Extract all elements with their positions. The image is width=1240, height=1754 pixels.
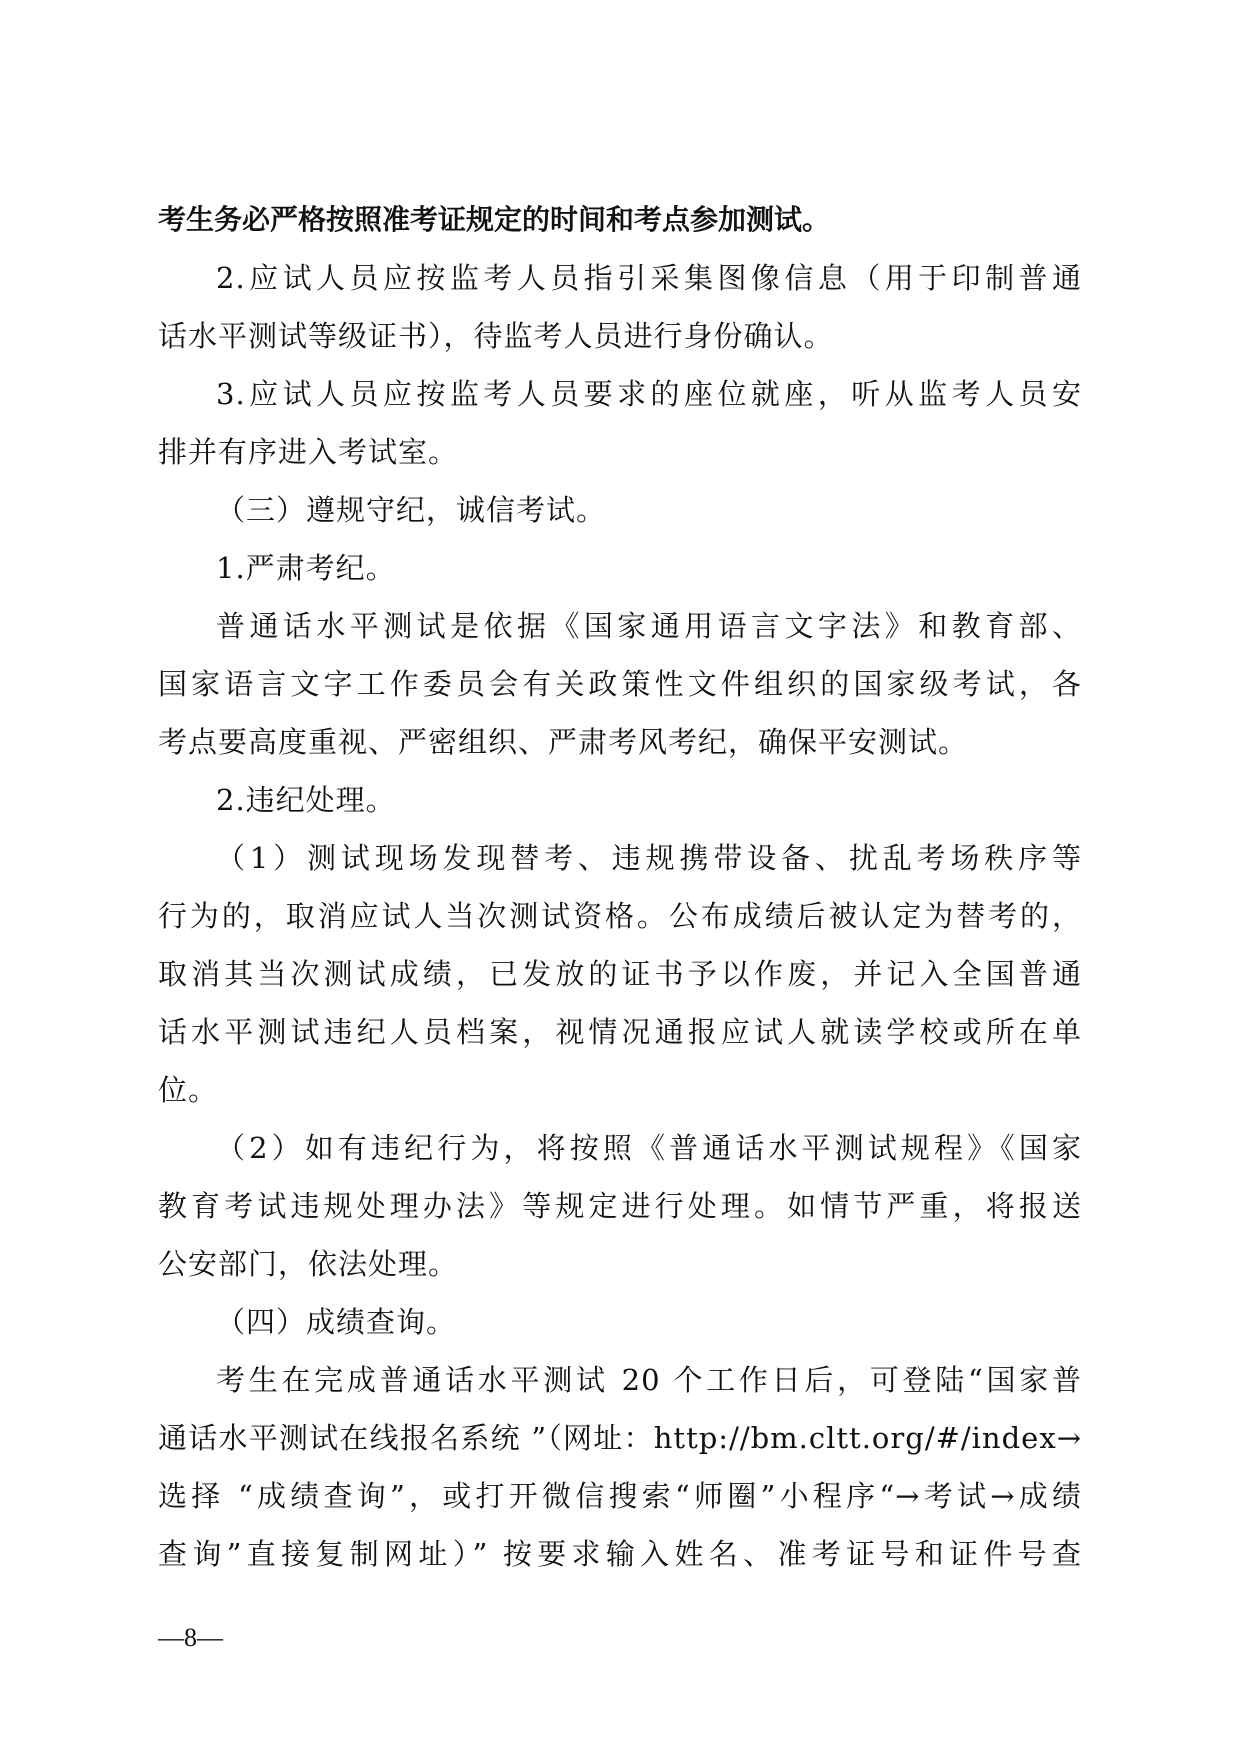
subsection-heading: 1.严肃考纪。 (216, 544, 1082, 592)
text-line: 排并有序进入考试室。 (158, 428, 1082, 476)
text-line: 考生在完成普通话水平测试 20 个工作日后，可登陆“国家普 (216, 1356, 1082, 1404)
subsection-heading: 2.违纪处理。 (216, 776, 1082, 824)
text-line: 3.应试人员应按监考人员要求的座位就座，听从监考人员安 (216, 370, 1082, 418)
section-heading: （四）成绩查询。 (216, 1298, 1082, 1346)
text-line: 查询”直接复制网址）” 按要求输入姓名、准考证号和证件号查 (158, 1530, 1082, 1578)
text-line: （2）如有违纪行为，将按照《普通话水平测试规程》《国家 (216, 1124, 1082, 1172)
text-line: 取消其当次测试成绩，已发放的证书予以作废，并记入全国普通 (158, 950, 1082, 998)
text-line-with-url: 通话水平测试在线报名系统 ”（网址：http://bm.cltt.org/#/i… (158, 1414, 1082, 1462)
text-line: 普通话水平测试是依据《国家通用语言文字法》和教育部、 (216, 602, 1082, 650)
section-heading: （三）遵规守纪，诚信考试。 (216, 486, 1082, 534)
text-line: 话水平测试违纪人员档案，视情况通报应试人就读学校或所在单 (158, 1008, 1082, 1056)
page-number: —8— (158, 1620, 223, 1656)
text-line: 位。 (158, 1066, 1082, 1114)
text-line: 话水平测试等级证书），待监考人员进行身份确认。 (158, 312, 1082, 360)
text-line: 选择 “成绩查询”，或打开微信搜索“师圈”小程序“→考试→成绩 (158, 1472, 1082, 1520)
text-line: 国家语言文字工作委员会有关政策性文件组织的国家级考试，各 (158, 660, 1082, 708)
text-line: 考生务必严格按照准考证规定的时间和考点参加测试。 (158, 196, 1082, 244)
document-page: 考生务必严格按照准考证规定的时间和考点参加测试。 2.应试人员应按监考人员指引采… (0, 0, 1240, 1754)
text-line: 行为的，取消应试人当次测试资格。公布成绩后被认定为替考的， (158, 892, 1082, 940)
text-line: （1）测试现场发现替考、违规携带设备、扰乱考场秩序等 (216, 834, 1082, 882)
text-line: 教育考试违规处理办法》等规定进行处理。如情节严重，将报送 (158, 1182, 1082, 1230)
text-line: 2.应试人员应按监考人员指引采集图像信息（用于印制普通 (216, 254, 1082, 302)
text-line: 考点要高度重视、严密组织、严肃考风考纪，确保平安测试。 (158, 718, 1082, 766)
text-line: 公安部门，依法处理。 (158, 1240, 1082, 1288)
